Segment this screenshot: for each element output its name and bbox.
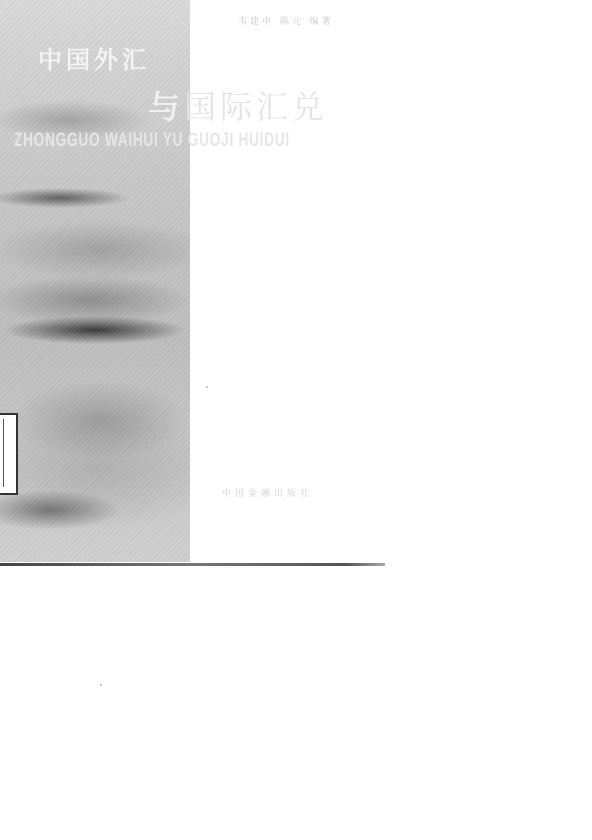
speck	[100, 684, 102, 686]
author-line: 韦建中 陈元 编著	[238, 14, 334, 27]
bottom-edge-line	[0, 563, 385, 566]
speck	[206, 386, 208, 388]
title-main: 与国际汇兑	[148, 82, 328, 128]
title-main-first: 与	[148, 88, 184, 126]
title-main-rest: 国际汇兑	[184, 88, 328, 126]
publisher: 中国金融出版社	[222, 486, 313, 499]
book-cover: 韦建中 陈元 编著 中国外汇 与国际汇兑 ZHONGGUO WAIHUI YU …	[0, 0, 385, 568]
pinyin-title: ZHONGGUO WAIHUI YU GUOJI HUIDUI	[14, 130, 290, 152]
title-top: 中国外汇	[38, 40, 150, 75]
library-label	[0, 413, 18, 495]
